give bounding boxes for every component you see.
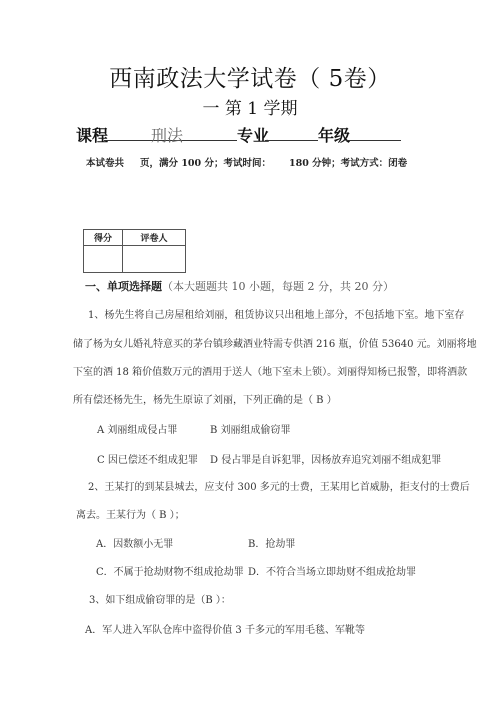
exam-title: 西南政法大学试卷（ 5卷） (0, 60, 500, 93)
pages-label: 本试卷共 (86, 158, 124, 169)
section-heading: 一、单项选择题（本大题题共 10 小题，每题 2 分，共 20 分） (85, 278, 394, 294)
q1-option-b: B 刘丽组成偷窃罪 (210, 421, 291, 436)
q2-option-d: D．不符合当场立即劫财不组成抢劫罪 (248, 563, 416, 578)
score-table: 得分 评卷人 (83, 229, 186, 273)
q3-option-a: A．军人进入军队仓库中盗得价值 3 千多元的军用毛毯、军靴等 (85, 621, 365, 636)
q2-option-a: A．因数额小无罪 (96, 535, 173, 550)
duration: 180 分钟；考试方式：闭卷 (289, 158, 407, 169)
q2-line-1: 2、王某打的到某县城去，应支付 300 多元的士费，王某用匕首威胁，拒支付的士费… (88, 478, 470, 493)
q1-line-4: 所有偿还杨先生，杨先生原谅了刘丽，下列正确的是（ B ） (73, 391, 337, 406)
grader-cell[interactable] (123, 246, 186, 273)
q2-option-c: C．不属于抢劫财物不组成抢劫罪 (96, 563, 244, 578)
exam-subtitle: 一 第 1 学期 (0, 94, 500, 119)
exam-info: 本试卷共页，满分 100 分；考试时间：180 分钟；考试方式：闭卷 (86, 155, 407, 169)
full-score: 页，满分 100 分；考试时间： (140, 158, 271, 169)
score-header: 得分 (84, 230, 123, 246)
major-underline (265, 140, 318, 141)
section-title: 一、单项选择题 (85, 280, 162, 293)
q1-option-c: C 因已偿还不组成犯罪 (97, 451, 198, 466)
q1-line-1: 1、杨先生将自己房屋租给刘丽，租赁协议只出租地上部分，不包括地下室。地下室存 (88, 306, 464, 321)
grade-label: 年级 (318, 123, 350, 146)
q1-option-d: D 侵占罪是自诉犯罪，因杨放弃追究刘丽不组成犯罪 (210, 451, 441, 466)
q2-option-b: B．抢劫罪 (248, 535, 295, 550)
grader-header: 评卷人 (123, 230, 186, 246)
q1-line-2: 储了杨为女儿婚礼特意买的茅台镇珍藏酒业特需专供酒 216 瓶，价值 53640 … (73, 335, 477, 350)
q2-line-2: 离去。王某行为（ B ）； (76, 506, 185, 521)
grade-underline (346, 140, 401, 141)
q1-option-a: A 刘丽组成侵占罪 (97, 421, 177, 436)
course-label: 课程 (76, 123, 108, 146)
section-note: （本大题题共 10 小题，每题 2 分，共 20 分） (162, 280, 394, 293)
q1-line-3: 下室的酒 18 箱价值数万元的酒用于送人（地下室未上锁）。刘丽得知杨已报警，即将… (73, 363, 467, 378)
score-cell[interactable] (84, 246, 123, 273)
course-value: 刑法 (151, 123, 183, 146)
major-label: 专业 (237, 123, 269, 146)
q3-line-1: 3、如下组成偷窃罪的是（B ）： (89, 591, 231, 606)
